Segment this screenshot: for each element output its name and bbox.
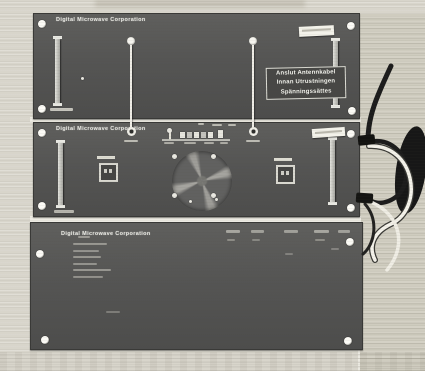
module-jack-icon xyxy=(276,165,295,184)
black-cable xyxy=(368,66,391,140)
corner-screw-icon xyxy=(38,105,46,113)
panel-middle: Digital Microwave Corporation xyxy=(33,122,360,217)
coax-connector-top-icon xyxy=(127,37,135,45)
value-illegible xyxy=(315,239,325,241)
panel-handle-left xyxy=(58,143,63,205)
cluster-baseline xyxy=(162,139,230,141)
jack-pin-icon xyxy=(281,171,284,175)
small-screw-icon xyxy=(81,77,84,80)
corner-screw-icon xyxy=(41,336,49,344)
corner-screw-icon xyxy=(36,250,44,258)
fan-screw-icon xyxy=(172,154,177,159)
cable-clamp-icon xyxy=(356,192,374,203)
coax-jumper-cable xyxy=(252,45,254,129)
corner-screw-icon xyxy=(347,22,355,30)
cable-clamp-icon xyxy=(358,134,376,146)
small-screw-icon xyxy=(189,200,192,203)
panel-bottom-title: Digital Microwave Corporation xyxy=(61,231,151,237)
row-label-illegible xyxy=(73,243,107,245)
corner-screw-icon xyxy=(38,20,46,28)
indicator-key-icon xyxy=(187,132,192,138)
row-label-illegible xyxy=(73,276,103,278)
value-illegible xyxy=(252,239,260,241)
coax-connector-jack-icon xyxy=(249,127,258,136)
monitor-module-left xyxy=(97,156,117,180)
id-sticker xyxy=(312,127,346,138)
coax-jumper-cable xyxy=(130,45,132,129)
column-header-illegible xyxy=(226,230,240,233)
panel-top-title: Digital Microwave Corporation xyxy=(56,17,146,23)
value-illegible xyxy=(331,248,339,250)
switch-cluster xyxy=(162,123,262,147)
cluster-label-illegible xyxy=(164,142,174,144)
row-label-illegible xyxy=(73,263,97,265)
fan-grille-icon xyxy=(172,151,232,211)
indicator-key-icon xyxy=(201,132,206,138)
panel-handle-left xyxy=(55,39,60,103)
panel-top: Digital Microwave Corporation Anslut Ant… xyxy=(33,13,360,119)
paper-texture-bottom xyxy=(0,352,425,371)
corner-screw-icon xyxy=(38,202,46,210)
indicator-key-icon xyxy=(218,130,223,138)
handle-label-illegible xyxy=(50,108,73,111)
warning-label: Anslut Antennkabel Innan Utrustningen Sp… xyxy=(266,66,347,100)
column-header-illegible xyxy=(251,230,264,233)
column-header-illegible xyxy=(314,230,329,233)
coax-connector-jack-icon xyxy=(127,127,136,136)
scanned-equipment-photo: Digital Microwave Corporation Anslut Ant… xyxy=(0,0,425,371)
corner-screw-icon xyxy=(344,337,352,345)
cluster-label-illegible xyxy=(184,142,196,144)
fan-screw-icon xyxy=(172,193,177,198)
cluster-label-illegible xyxy=(212,124,222,126)
module-label-illegible xyxy=(274,158,292,161)
jack-pin-icon xyxy=(109,169,112,173)
connector-label-illegible xyxy=(124,140,138,142)
module-label-illegible xyxy=(97,156,115,159)
row-label-illegible xyxy=(73,269,111,271)
row-label-illegible xyxy=(73,256,101,258)
cluster-label-illegible xyxy=(228,124,236,126)
connector-label-illegible xyxy=(246,140,260,142)
row-label-illegible xyxy=(78,236,90,238)
value-illegible xyxy=(227,239,235,241)
indicator-key-icon xyxy=(194,132,199,138)
cluster-label-illegible xyxy=(204,142,214,144)
corner-screw-icon xyxy=(38,129,46,137)
cluster-label-illegible xyxy=(198,123,204,125)
panel-bottom: Digital Microwave Corporation xyxy=(30,222,363,350)
column-header-illegible xyxy=(284,230,298,233)
coax-connector-top-icon xyxy=(249,37,257,45)
indicator-key-icon xyxy=(208,132,213,138)
fan-screw-icon xyxy=(211,154,216,159)
scan-smudge xyxy=(95,0,305,7)
cluster-label-illegible xyxy=(220,142,228,144)
value-illegible xyxy=(106,311,120,313)
row-label-illegible xyxy=(73,250,99,252)
indicator-key-icon xyxy=(180,132,185,138)
module-jack-icon xyxy=(99,163,118,182)
cable-loops xyxy=(345,58,425,293)
jack-pin-icon xyxy=(286,171,289,175)
small-screw-icon xyxy=(215,198,218,201)
value-illegible xyxy=(285,253,293,255)
id-sticker xyxy=(299,25,334,37)
handle-label-illegible xyxy=(54,210,74,213)
panel-handle-right xyxy=(330,140,335,202)
jack-pin-icon xyxy=(104,169,107,173)
warning-line-3: Spänningssättes xyxy=(281,87,332,97)
monitor-module-right xyxy=(274,158,294,182)
